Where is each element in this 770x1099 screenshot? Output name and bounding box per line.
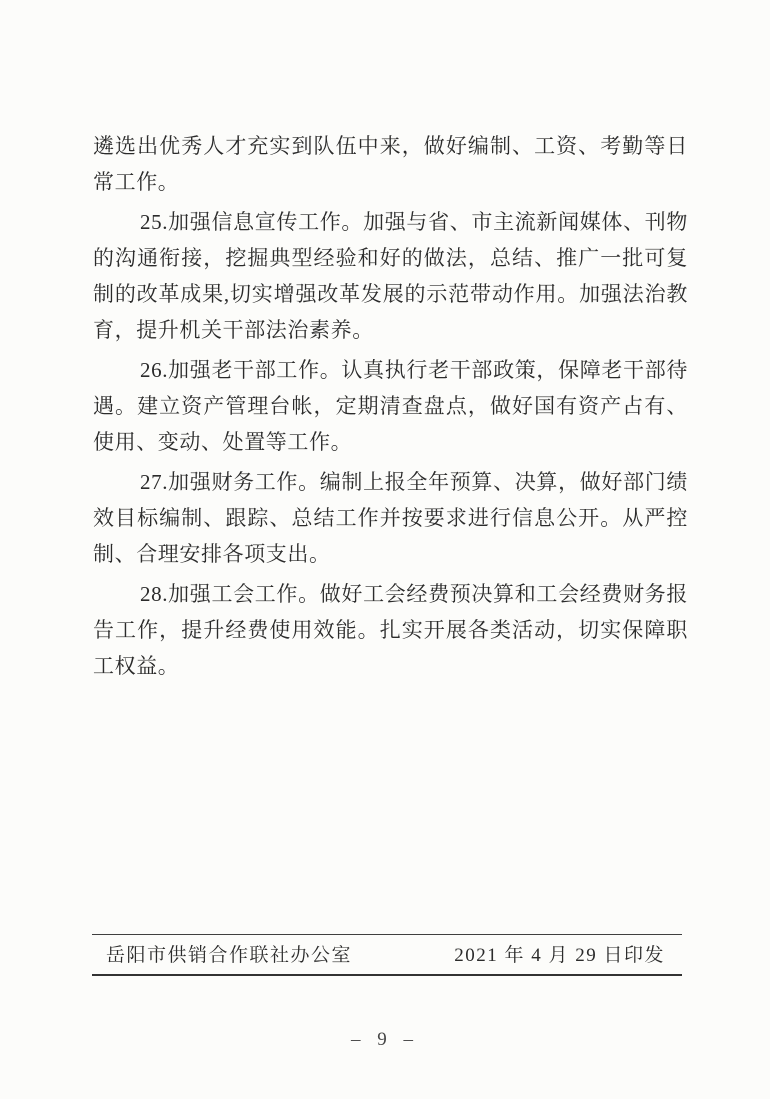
paragraph-continuation: 遴选出优秀人才充实到队伍中来，做好编制、工资、考勤等日常工作。 <box>93 128 688 200</box>
paragraph-item-25: 25.加强信息宣传工作。加强与省、市主流新闻媒体、刊物的沟通衔接，挖掘典型经验和… <box>93 204 688 348</box>
paragraph-item-28: 28.加强工会工作。做好工会经费预决算和工会经费财务报告工作，提升经费使用效能。… <box>93 576 688 684</box>
footer-print-date: 2021 年 4 月 29 日印发 <box>454 940 665 967</box>
footer-issuer: 岳阳市供销合作联社办公室 <box>106 940 352 967</box>
footer-rule-block: 岳阳市供销合作联社办公室 2021 年 4 月 29 日印发 <box>92 934 682 976</box>
document-page: 遴选出优秀人才充实到队伍中来，做好编制、工资、考勤等日常工作。 25.加强信息宣… <box>0 0 770 1099</box>
paragraph-item-26: 26.加强老干部工作。认真执行老干部政策，保障老干部待遇。建立资产管理台帐，定期… <box>93 352 688 460</box>
page-number: – 9 – <box>0 1029 770 1051</box>
document-body: 遴选出优秀人才充实到队伍中来，做好编制、工资、考勤等日常工作。 25.加强信息宣… <box>93 128 688 684</box>
paragraph-item-27: 27.加强财务工作。编制上报全年预算、决算，做好部门绩效目标编制、跟踪、总结工作… <box>93 464 688 572</box>
